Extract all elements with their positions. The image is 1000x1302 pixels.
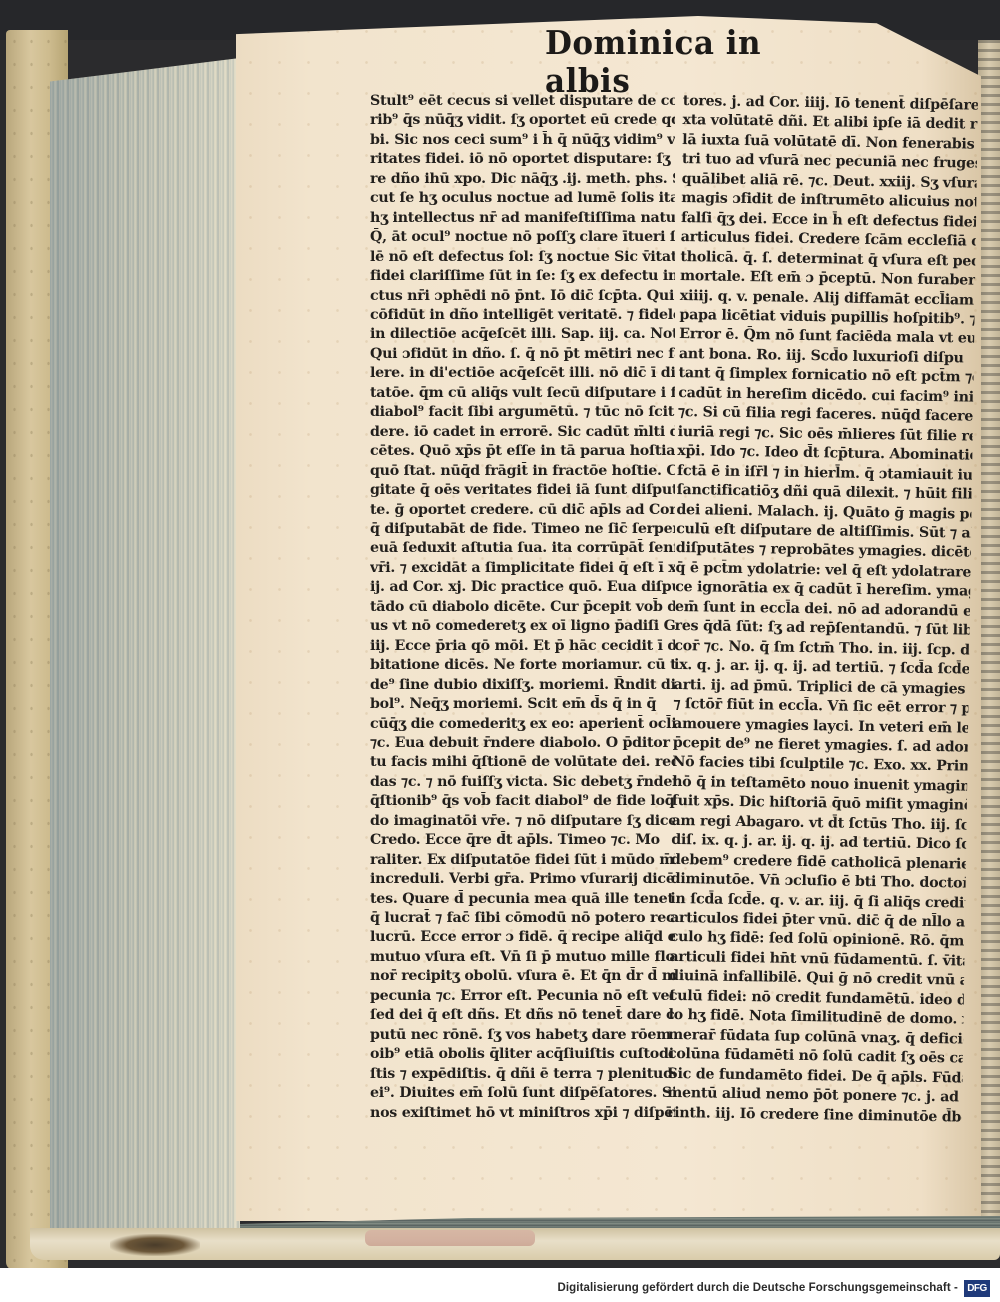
text-column-left: Stult⁹ eēt cecus si vellet disputare de … <box>370 92 675 1123</box>
text-line: Qui ɔfidūt in dño. ſ. q̄ nō p̄t mētiri n… <box>370 345 675 364</box>
funding-credit: Digitalisierung gefördert durch die Deut… <box>557 1282 958 1294</box>
text-line: tādo cū diabolo dicēte. Cur p̄cepit vob̄… <box>370 598 675 617</box>
digitization-footer: Digitalisierung gefördert durch die Deut… <box>0 1268 1000 1302</box>
running-head: Dominica in albis <box>545 25 835 73</box>
text-line: mutuo vſura eſt. Vn̄ ſi p̄ mutuo mille f… <box>370 948 675 967</box>
text-line: iij. Ecce p̄ria qō mōi. Et p̄ hāc cecidi… <box>370 637 675 656</box>
text-line: tes. Quare d̄ pecunia mea quā ille tenet… <box>370 890 675 909</box>
text-line: euā ſeduxit aſtutia ſua. ita corrūpāt̄ ſ… <box>370 539 675 558</box>
text-line: q̄ diſputabāt de fide. Timeo ne ſic̄ ſer… <box>370 520 675 539</box>
text-line: do imaginatōi vr̄e. ⁊ nō diſputare ſʒ di… <box>370 812 675 831</box>
text-column-right: tores. j. ad Cor. iiij. Iō tenent̄ diſpē… <box>667 92 978 1128</box>
text-line: nor̄ recipitʒ obolū. vſura ē. Et q̄n d̄r… <box>370 967 675 986</box>
text-line: Q̄, āt ocul⁹ noctue nō poſſʒ clare ītuer… <box>370 228 675 247</box>
text-line: lē nō eſt defectus ſol: ſʒ noctue Sic v̄… <box>370 248 675 267</box>
page-stack-shade <box>50 58 240 1230</box>
dfg-logo-icon: DFG <box>964 1280 990 1297</box>
text-line: fidei clariſſime ſūt in ſe: ſʒ ex defect… <box>370 267 675 286</box>
text-line: diabol⁹ facit ſibi argumētū. ⁊ tūc nō ſc… <box>370 403 675 422</box>
cover-stain <box>110 1234 200 1256</box>
text-line: ctus nr̄i ɔphēdi nō p̄nt. Iō dic̄ ſcp̄ta… <box>370 287 675 306</box>
text-line: re dño ihū xpo. Dic nāq̄ʒ .ij. meth. phs… <box>370 170 675 189</box>
text-line: Stult⁹ eēt cecus si vellet disputare de … <box>370 92 675 111</box>
text-line: ſed dei q̄ eſt dñs. Et dñs nō tenet̄ dar… <box>370 1006 675 1025</box>
text-line: ij. ad Cor. xj. Dic practice quō. Eua di… <box>370 578 675 597</box>
headband <box>365 1230 535 1246</box>
text-line: de⁹ ſine dubio dixiſſʒ. moriemi. R̄ndit … <box>370 676 675 695</box>
text-line: ⁊c. Eua debuit r̄ndere diabolo. O p̄dito… <box>370 734 675 753</box>
text-line: ei⁹. Diuites em̄ ſolū ſunt diſpēſatores.… <box>370 1084 675 1103</box>
text-line: gitate q̄ oēs veritates fidei iā ſunt di… <box>370 481 675 500</box>
text-line: dere. iō cadet in errorē. Sic cadūt m̄lt… <box>370 423 675 442</box>
text-line: tatōe. q̄m cū aliq̄s vult ſecū diſputare… <box>370 384 675 403</box>
text-line: ritates fidei. iō nō oportet disputare: … <box>370 150 675 169</box>
text-line: cut ſe hʒ oculus noctue ad lumē ſolis it… <box>370 189 675 208</box>
text-line: bitatione dicēs. Ne forte moriamur. cū t… <box>370 656 675 675</box>
text-line: q̄ſtionib⁹ q̄s vob̄ facit diabol⁹ de fid… <box>370 792 675 811</box>
text-line: te. ḡ oportet credere. cū dic̄ ap̄ls ad … <box>370 501 675 520</box>
text-line: q̄ lucrat̄ ⁊ fac̄ ſibi cōmodū nō potero … <box>370 909 675 928</box>
text-line: raliter. Ex diſputatōe fidei ſūt i mūdo … <box>370 851 675 870</box>
text-line: hʒ intellectus nr̄ ad manifeſtiſſima nat… <box>370 209 675 228</box>
text-line: lucrū. Ecce error ɔ fidē. q̄ recipe aliq… <box>370 928 675 947</box>
text-line: increduli. Verbi gr̄a. Primo vſurarij di… <box>370 870 675 889</box>
text-line: cētes. Quō xp̄s p̄t eſſe in tā parua hoſ… <box>370 442 675 461</box>
text-line: das ⁊c. ⁊ nō fuiſſʒ victa. Sic debetʒ r̄… <box>370 773 675 792</box>
text-line: vr̄i. ⁊ excidāt a ſimplicitate fidei q̄ … <box>370 559 675 578</box>
text-line: oib⁹ etiā obolis q̄liter acq̄ſiuiſtis cu… <box>370 1045 675 1064</box>
text-line: nos exiſtimet hō vt miniſtros xp̄i ⁊ diſ… <box>370 1104 675 1123</box>
text-line: putū nec rōnē. ſʒ vos habetʒ dare rōem d… <box>370 1026 675 1045</box>
text-line: quō ſtat. nūq̄d frāgit̄ in fractōe hoſti… <box>370 462 675 481</box>
text-line: us vt nō comederetʒ ex oī ligno p̄adiſi … <box>370 617 675 636</box>
text-line: in dilectiōe acq̄eſcēt illi. Sap. iij. c… <box>370 325 675 344</box>
text-line: pecunia ⁊c. Error eſt. Pecunia nō eſt ve… <box>370 987 675 1006</box>
text-line: bi. Sic nos ceci sum⁹ i h̄ q̄ nūq̄ʒ vidi… <box>370 131 675 150</box>
text-line: lere. in di'ectiōe acq̄eſcēt illi. nō di… <box>370 364 675 383</box>
text-line: Credo. Ecce q̄re d̄t ap̄ls. Timeo ⁊c. Mo <box>370 831 675 850</box>
text-line: bol⁹. Neq̄ʒ moriemi. Scit em̄ d̄s q̄ in … <box>370 695 675 714</box>
book-cover-bottom-edge <box>30 1228 1000 1260</box>
text-line: cūq̄ʒ die comederitʒ ex eo: aperient̄ oc… <box>370 715 675 734</box>
book-scan: Dominica in albis Stult⁹ eēt cecus si ve… <box>0 0 1000 1268</box>
text-line: cōfidūt in dño intelligēt veritatē. ⁊ fi… <box>370 306 675 325</box>
text-line: ſtis ⁊ expēdiſtis. q̄ dñi ē terra ⁊ plen… <box>370 1065 675 1084</box>
text-line: tu facis mihi q̄ſtionē de volūtate dei. … <box>370 753 675 772</box>
facing-page-edge <box>978 40 1000 1220</box>
text-line: rib⁹ q̄s nūq̄ʒ vidit. ſʒ oportet eū cred… <box>370 111 675 130</box>
